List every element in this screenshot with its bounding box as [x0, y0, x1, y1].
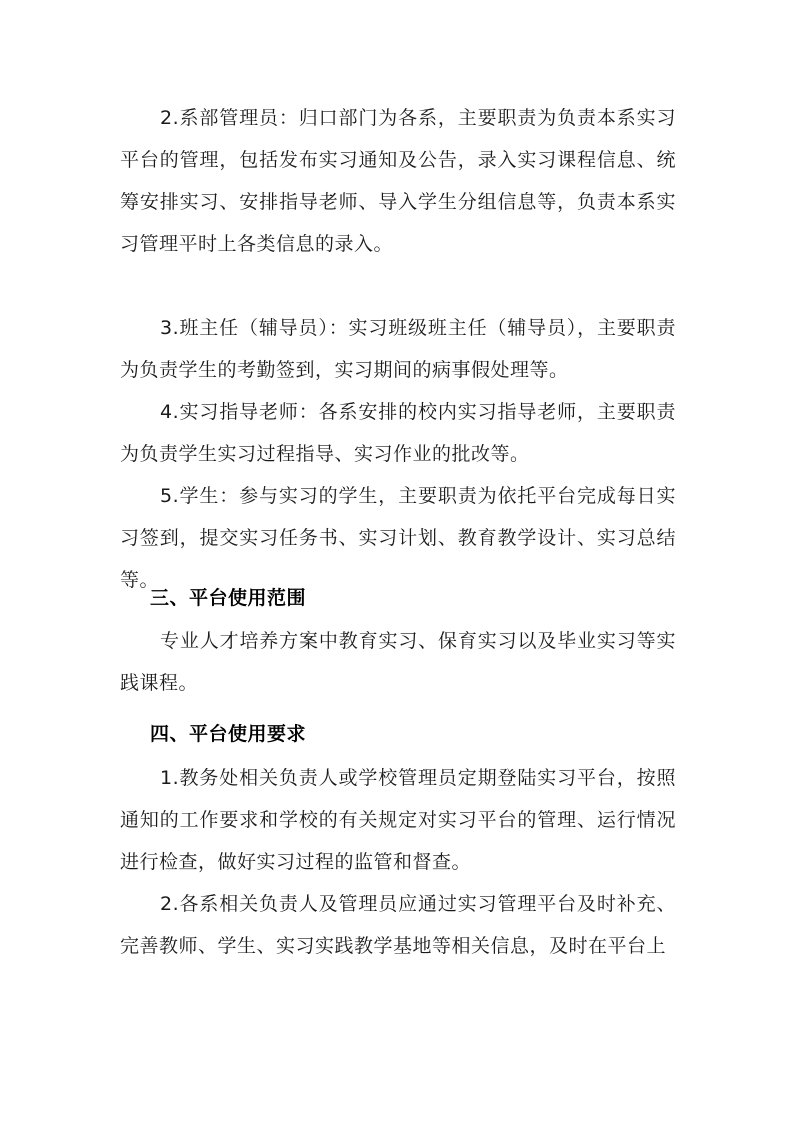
paragraph-dept-admin: 2.系部管理员：归口部门为各系，主要职责为负责本系实习平台的管理，包括发布实习通…: [120, 97, 676, 265]
section-heading-scope: 三、平台使用范围: [150, 577, 306, 619]
paragraph-requirement-1: 1.教务处相关负责人或学校管理员定期登陆实习平台，按照通知的工作要求和学校的有关…: [120, 757, 676, 883]
paragraph-scope: 专业人才培养方案中教育实习、保育实习以及毕业实习等实践课程。: [120, 620, 676, 704]
paragraph-internship-advisor: 4.实习指导老师：各系安排的校内实习指导老师，主要职责为负责学生实习过程指导、实…: [120, 391, 676, 475]
paragraph-class-teacher: 3.班主任（辅导员）：实习班级班主任（辅导员），主要职责为负责学生的考勤签到，实…: [120, 307, 676, 391]
section-heading-requirements: 四、平台使用要求: [150, 713, 306, 755]
paragraph-requirement-2: 2.各系相关负责人及管理员应通过实习管理平台及时补充、完善教师、学生、实习实践教…: [120, 883, 676, 967]
